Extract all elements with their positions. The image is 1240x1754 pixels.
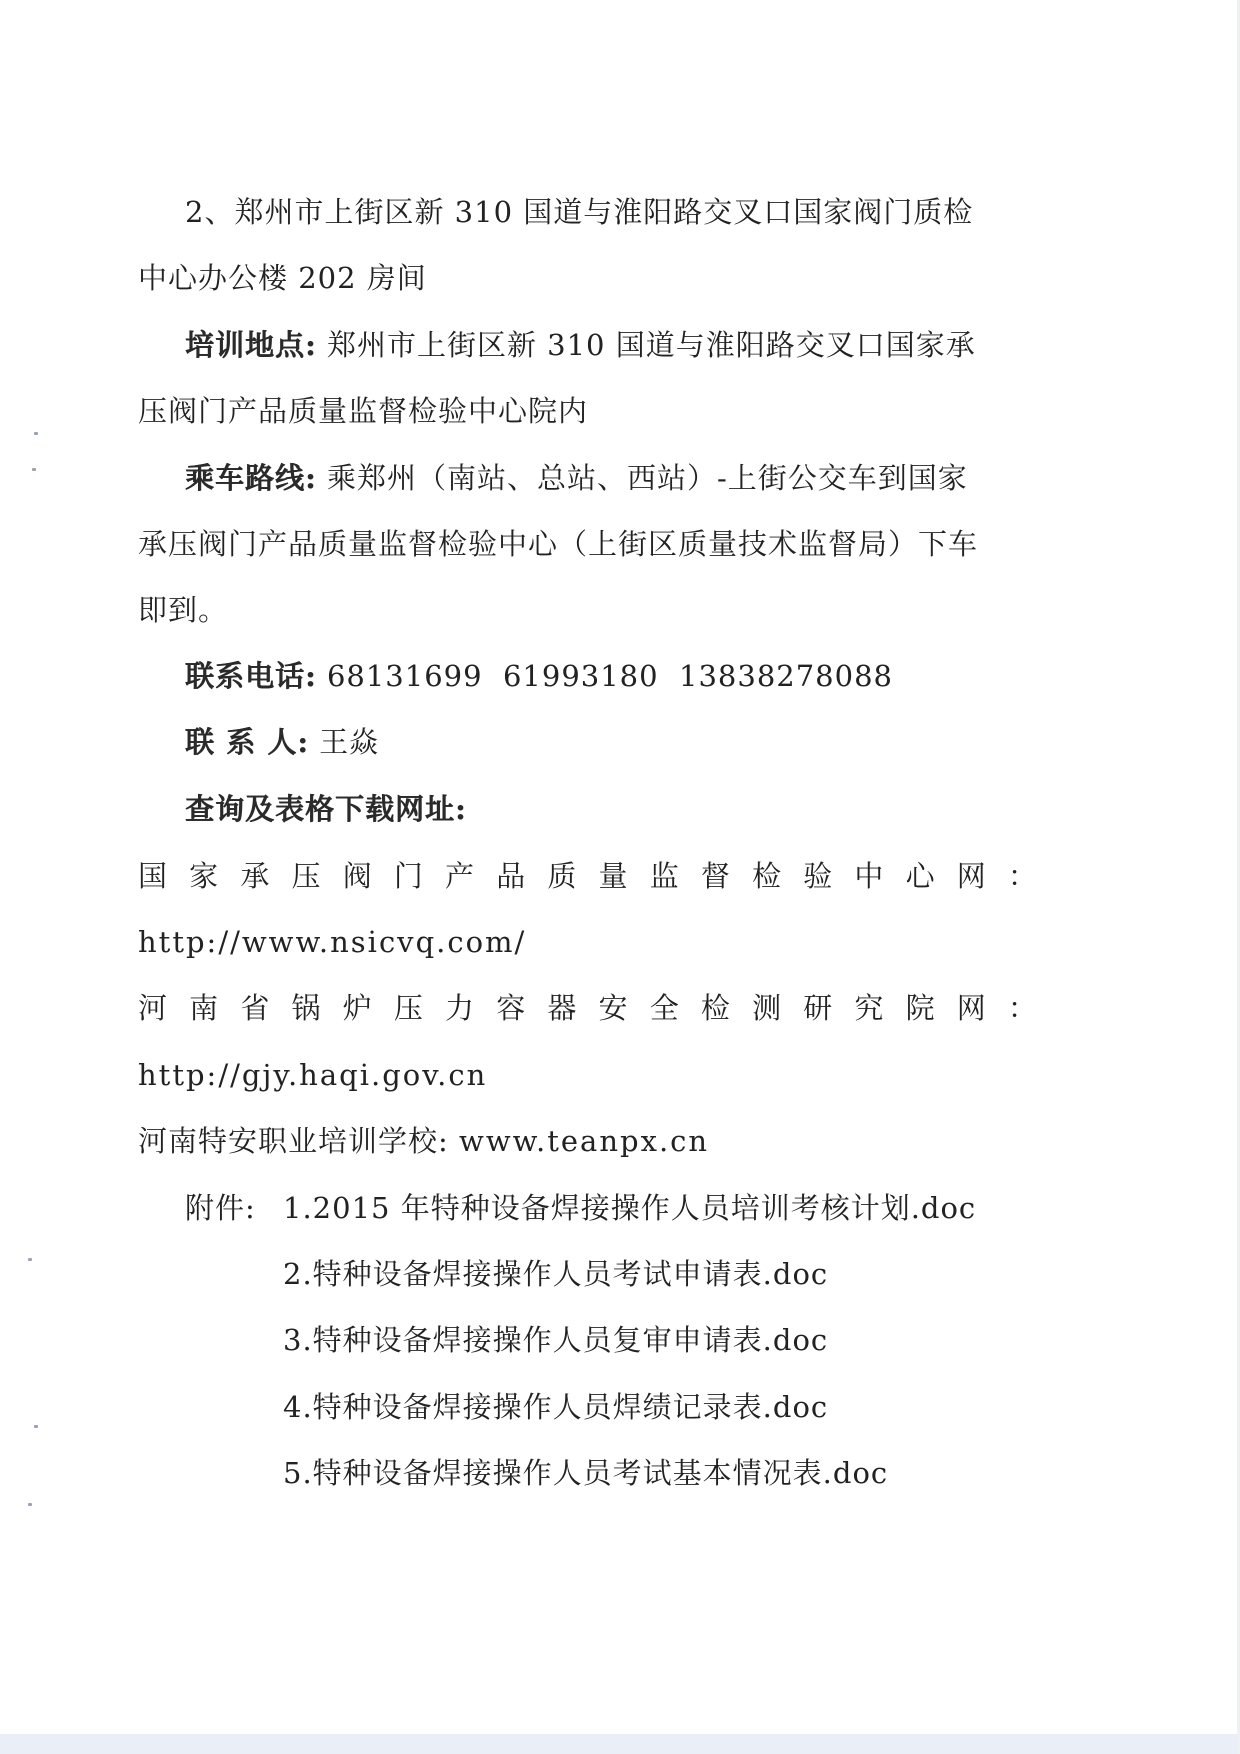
char: 力: [445, 988, 475, 1028]
char: 督: [701, 856, 731, 896]
char: ：: [1008, 988, 1038, 1028]
char: 中: [854, 856, 884, 896]
char: 检: [752, 856, 782, 896]
attachment-item: 4.特种设备焊接操作人员焊绩记录表.doc: [283, 1387, 828, 1427]
training-location-value: 郑州市上街区新 310 国道与淮阳路交叉口国家承: [327, 328, 976, 362]
training-location-line2: 压阀门产品质量监督检验中心院内: [138, 391, 588, 431]
char: 省: [240, 988, 270, 1028]
char: 承: [240, 856, 270, 896]
char: 网: [957, 988, 987, 1028]
char: 容: [496, 988, 526, 1028]
bus-route-value: 乘郑州（南站、总站、西站）-上街公交车到国家: [327, 461, 968, 495]
char: 网: [957, 856, 987, 896]
bus-route: 乘车路线: 乘郑州（南站、总站、西站）-上街公交车到国家: [185, 458, 968, 498]
char: 验: [803, 856, 833, 896]
contact-person-value: 王焱: [319, 725, 379, 759]
char: 家: [189, 856, 219, 896]
scan-bottom-edge: [0, 1734, 1240, 1754]
training-location-label: 培训地点:: [185, 328, 317, 362]
char: 安: [599, 988, 629, 1028]
bus-route-line3: 即到。: [138, 590, 228, 630]
char: 阀: [343, 856, 373, 896]
char: 院: [906, 988, 936, 1028]
char: 全: [650, 988, 680, 1028]
char: 锅: [292, 988, 322, 1028]
site2-url: http://gjy.haqi.gov.cn: [138, 1055, 487, 1095]
char: 研: [803, 988, 833, 1028]
school-url: www.teanpx.cn: [459, 1124, 709, 1158]
attachment-item: 5.特种设备焊接操作人员考试基本情况表.doc: [283, 1453, 888, 1493]
char: 南: [189, 988, 219, 1028]
attachment-item: 1.2015 年特种设备焊接操作人员培训考核计划.doc: [283, 1188, 976, 1228]
char: 压: [292, 856, 322, 896]
char: 炉: [343, 988, 373, 1028]
contact-phone-label: 联系电话:: [185, 659, 317, 693]
site2-name: 河 南 省 锅 炉 压 力 容 器 安 全 检 测 研 究 院 网 ：: [138, 988, 1038, 1028]
char: 监: [650, 856, 680, 896]
scan-speck: [28, 1503, 32, 1506]
scan-speck: [34, 432, 38, 435]
char: 压: [394, 988, 424, 1028]
char: 质: [547, 856, 577, 896]
char: 产: [445, 856, 475, 896]
char: 品: [496, 856, 526, 896]
school-label: 河南特安职业培训学校:: [138, 1124, 449, 1158]
training-location: 培训地点: 郑州市上街区新 310 国道与淮阳路交叉口国家承: [185, 325, 976, 365]
bus-route-label: 乘车路线:: [185, 461, 317, 495]
char: 门: [394, 856, 424, 896]
contact-phone: 联系电话: 68131699 61993180 13838278088: [185, 656, 893, 696]
contact-person-label: 联 系 人:: [185, 725, 309, 759]
bus-route-line2: 承压阀门产品质量监督检验中心（上街区质量技术监督局）下车: [138, 524, 978, 564]
address-item-line2: 中心办公楼 202 房间: [138, 258, 427, 298]
scan-speck: [34, 1425, 38, 1428]
char: 心: [906, 856, 936, 896]
char: 量: [599, 856, 629, 896]
attachment-item: 2.特种设备焊接操作人员考试申请表.doc: [283, 1254, 828, 1294]
site1-url: http://www.nsicvq.com/: [138, 922, 526, 962]
contact-person: 联 系 人: 王焱: [185, 722, 379, 762]
site1-name: 国 家 承 压 阀 门 产 品 质 量 监 督 检 验 中 心 网 ：: [138, 856, 1038, 896]
scan-speck: [28, 1258, 32, 1261]
attachments-label: 附件:: [185, 1188, 256, 1228]
char: 究: [854, 988, 884, 1028]
char: 器: [547, 988, 577, 1028]
char: 河: [138, 988, 168, 1028]
char: 国: [138, 856, 168, 896]
char: ：: [1008, 856, 1038, 896]
address-item-line1: 2、郑州市上街区新 310 国道与淮阳路交叉口国家阀门质检: [185, 192, 973, 232]
char: 检: [701, 988, 731, 1028]
attachment-item: 3.特种设备焊接操作人员复审申请表.doc: [283, 1320, 828, 1360]
contact-phone-value: 68131699 61993180 13838278088: [327, 659, 893, 693]
char: 测: [752, 988, 782, 1028]
scan-speck: [32, 468, 36, 471]
download-section-label: 查询及表格下载网址:: [185, 789, 467, 829]
school-line: 河南特安职业培训学校: www.teanpx.cn: [138, 1121, 709, 1161]
scanned-page: 2、郑州市上街区新 310 国道与淮阳路交叉口国家阀门质检 中心办公楼 202 …: [0, 0, 1240, 1734]
